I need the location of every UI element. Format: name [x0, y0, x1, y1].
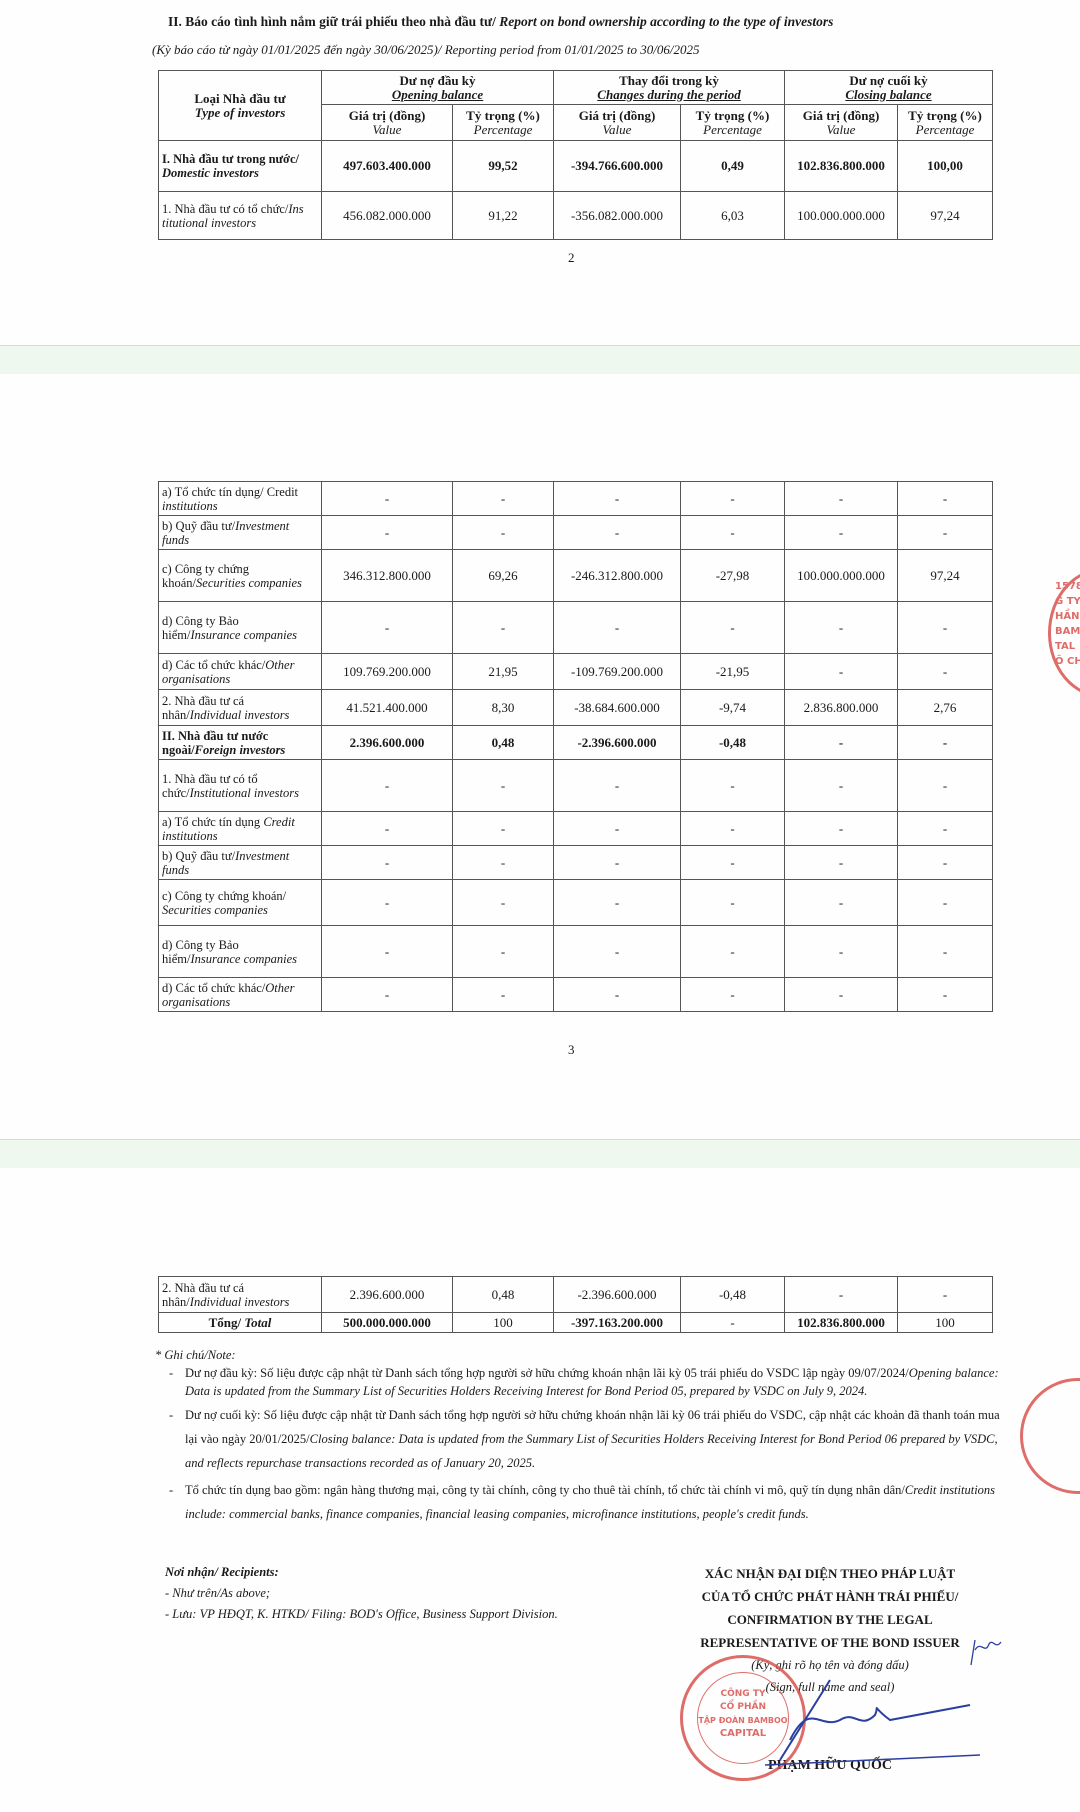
label-en: Insurance companies [190, 952, 297, 966]
header-closing: Dư nợ cuối kỳClosing balance [785, 71, 993, 105]
total-en: Total [244, 1315, 271, 1330]
header-type-en: Type of investors [161, 106, 319, 120]
cell-close-pct: 2,76 [898, 690, 993, 726]
cell-chg-value: - [554, 602, 681, 654]
confirm-line: CỦA TỔ CHỨC PHÁT HÀNH TRÁI PHIẾU/ [660, 1585, 1000, 1608]
total-chg-value: -397.163.200.000 [554, 1313, 681, 1333]
recipient-line: - Lưu: VP HĐQT, K. HTKD/ Filing: BOD's O… [165, 1604, 558, 1625]
cell-close-value: - [785, 978, 898, 1012]
table-row: 1. Nhà đầu tư có tổ chức/Ins titutional … [159, 192, 993, 240]
cell-close-pct: - [898, 812, 993, 846]
cell-chg-value: -394.766.600.000 [554, 141, 681, 192]
header-opening-en: Opening balance [324, 88, 551, 102]
note-item: Dư nợ cuối kỳ: Số liệu được cập nhật từ … [155, 1403, 1015, 1475]
cell-chg-value: - [554, 880, 681, 926]
page-separator [0, 345, 1080, 374]
cell-chg-pct: - [681, 926, 785, 978]
cell-close-value: - [785, 482, 898, 516]
table-row: c) Công ty chứng khoán/Securities compan… [159, 550, 993, 602]
table-row: a) Tổ chức tín dụng/ Credit institutions… [159, 482, 993, 516]
header-pct-vi: Tỷ trọng (%) [683, 109, 782, 123]
cell-chg-value: - [554, 516, 681, 550]
cell-open-value: 2.396.600.000 [322, 1277, 453, 1313]
investor-type-label: 1. Nhà đầu tư có tổ chức/Institutional i… [159, 760, 322, 812]
investor-type-label: 1. Nhà đầu tư có tổ chức/Ins titutional … [159, 192, 322, 240]
table-row: d) Các tổ chức khác/Other organisations1… [159, 654, 993, 690]
cell-open-value: - [322, 846, 453, 880]
cell-open-pct: - [453, 978, 554, 1012]
cell-chg-pct: -0,48 [681, 726, 785, 760]
header-changes-en: Changes during the period [556, 88, 782, 102]
cell-open-value: - [322, 516, 453, 550]
table-row: I. Nhà đầu tư trong nước/ Domestic inves… [159, 141, 993, 192]
header-type-vi: Loại Nhà đầu tư [161, 92, 319, 106]
cell-close-value: - [785, 812, 898, 846]
cell-close-pct: - [898, 516, 993, 550]
header-value: Giá trị (đồng)Value [554, 105, 681, 141]
header-value: Giá trị (đồng)Value [322, 105, 453, 141]
table-row: b) Quỹ đầu tư/Investment funds------ [159, 516, 993, 550]
cell-open-pct: - [453, 812, 554, 846]
cell-close-value: - [785, 926, 898, 978]
label-en: Institutional investors [190, 786, 299, 800]
investor-type-label: d) Công ty Bảo hiểm/Insurance companies [159, 926, 322, 978]
header-opening: Dư nợ đầu kỳOpening balance [322, 71, 554, 105]
bond-ownership-table-page4: 2. Nhà đầu tư cá nhân/Individual investo… [158, 1276, 993, 1333]
page-2: II. Báo cáo tình hình nắm giữ trái phiếu… [0, 0, 1080, 345]
cell-chg-pct: 0,49 [681, 141, 785, 192]
cell-close-value: - [785, 726, 898, 760]
table-row: d) Các tổ chức khác/Other organisations-… [159, 978, 993, 1012]
header-closing-en: Closing balance [787, 88, 990, 102]
cell-close-value: - [785, 760, 898, 812]
seal-fragment: 1578 [1055, 579, 1080, 594]
seal-fragment: G TY [1055, 594, 1080, 609]
page-number: 3 [568, 1042, 575, 1058]
cell-chg-value: - [554, 482, 681, 516]
label-en: institutions [162, 499, 218, 513]
total-label: Tổng/ Total [159, 1313, 322, 1333]
cell-chg-value: -2.396.600.000 [554, 1277, 681, 1313]
table-row: d) Công ty Bảo hiểm/Insurance companies-… [159, 926, 993, 978]
cell-close-pct: - [898, 482, 993, 516]
label-vi: b) Quỹ đầu tư/ [162, 849, 235, 863]
cell-chg-value: -246.312.800.000 [554, 550, 681, 602]
cell-close-value: - [785, 880, 898, 926]
header-value-en: Value [787, 123, 895, 137]
cell-chg-pct: -9,74 [681, 690, 785, 726]
cell-close-value: - [785, 516, 898, 550]
cell-open-pct: 21,95 [453, 654, 554, 690]
investor-type-label: a) Tổ chức tín dụng/ Credit institutions [159, 482, 322, 516]
label-vi: b) Quỹ đầu tư/ [162, 519, 235, 533]
label-en: Domestic investors [162, 166, 259, 180]
investor-type-label: d) Công ty Bảo hiểm/Insurance companies [159, 602, 322, 654]
investor-type-label: b) Quỹ đầu tư/Investment funds [159, 846, 322, 880]
investor-type-label: a) Tổ chức tín dụng Credit institutions [159, 812, 322, 846]
cell-open-pct: - [453, 482, 554, 516]
cell-chg-pct: -27,98 [681, 550, 785, 602]
cell-chg-pct: -21,95 [681, 654, 785, 690]
cell-close-value: 102.836.800.000 [785, 141, 898, 192]
title-en: Report on bond ownership according to th… [499, 14, 833, 29]
cell-chg-value: - [554, 760, 681, 812]
cell-chg-value: - [554, 926, 681, 978]
label-en: Insurance companies [190, 628, 297, 642]
header-pct-en: Percentage [683, 123, 782, 137]
cell-open-value: 497.603.400.000 [322, 141, 453, 192]
header-changes: Thay đổi trong kỳChanges during the peri… [554, 71, 785, 105]
report-title: II. Báo cáo tình hình nắm giữ trái phiếu… [168, 14, 833, 30]
cell-close-value: 2.836.800.000 [785, 690, 898, 726]
cell-close-pct: - [898, 1277, 993, 1313]
cell-chg-value: -109.769.200.000 [554, 654, 681, 690]
cell-chg-pct: - [681, 516, 785, 550]
total-open-pct: 100 [453, 1313, 554, 1333]
cell-chg-value: - [554, 812, 681, 846]
cell-close-pct: - [898, 602, 993, 654]
recipients-heading: Nơi nhận/ Recipients: [165, 1562, 558, 1583]
cell-open-pct: - [453, 846, 554, 880]
investor-type-label: d) Các tổ chức khác/Other organisations [159, 978, 322, 1012]
cell-chg-pct: - [681, 760, 785, 812]
total-chg-pct: - [681, 1313, 785, 1333]
cell-chg-pct: 6,03 [681, 192, 785, 240]
cell-close-value: - [785, 846, 898, 880]
label-vi: 1. Nhà đầu tư có tổ chức/ [162, 202, 288, 216]
cell-close-pct: - [898, 726, 993, 760]
cell-open-pct: - [453, 880, 554, 926]
cell-chg-pct: - [681, 978, 785, 1012]
label-vi: a) Tổ chức tín dụng [162, 815, 263, 829]
cell-chg-value: -38.684.600.000 [554, 690, 681, 726]
cell-close-pct: 100,00 [898, 141, 993, 192]
label-vi: a) Tổ chức tín dụng/ Credit [162, 485, 298, 499]
cell-chg-pct: -0,48 [681, 1277, 785, 1313]
cell-open-pct: - [453, 516, 554, 550]
cell-chg-pct: - [681, 812, 785, 846]
note-vi: Tổ chức tín dụng bao gồm: ngân hàng thươ… [185, 1483, 905, 1497]
label-en: Securities companies [196, 576, 302, 590]
notes-heading: * Ghi chú/Note: [155, 1346, 1015, 1364]
header-percentage: Tỷ trọng (%)Percentage [681, 105, 785, 141]
cell-close-pct: - [898, 846, 993, 880]
cell-close-pct: - [898, 880, 993, 926]
page-3: a) Tổ chức tín dụng/ Credit institutions… [0, 374, 1080, 1138]
investor-type-label: c) Công ty chứng khoán/ Securities compa… [159, 880, 322, 926]
seal-fragment: HẦN [1055, 609, 1080, 624]
header-type: Loại Nhà đầu tư Type of investors [159, 71, 322, 141]
cell-open-pct: 91,22 [453, 192, 554, 240]
cell-chg-pct: - [681, 880, 785, 926]
table-row: II. Nhà đầu tư nước ngoài/Foreign invest… [159, 726, 993, 760]
table-row: 1. Nhà đầu tư có tổ chức/Institutional i… [159, 760, 993, 812]
cell-chg-pct: - [681, 846, 785, 880]
cell-open-value: - [322, 760, 453, 812]
bond-ownership-table-page2: Loại Nhà đầu tư Type of investors Dư nợ … [158, 70, 993, 240]
header-closing-vi: Dư nợ cuối kỳ [787, 74, 990, 88]
recipient-line: - Như trên/As above; [165, 1583, 558, 1604]
note-item: Tổ chức tín dụng bao gồm: ngân hàng thươ… [155, 1478, 1015, 1526]
cell-chg-pct: - [681, 602, 785, 654]
bond-ownership-table-page3: a) Tổ chức tín dụng/ Credit institutions… [158, 481, 993, 1012]
cell-chg-value: - [554, 978, 681, 1012]
cell-close-value: 100.000.000.000 [785, 192, 898, 240]
note-vi: Dư nợ đầu kỳ: Số liệu được cập nhật từ D… [185, 1366, 909, 1380]
notes-section: * Ghi chú/Note: Dư nợ đầu kỳ: Số liệu đư… [155, 1346, 1015, 1529]
total-vi: Tổng/ [209, 1315, 245, 1330]
cell-chg-value: -356.082.000.000 [554, 192, 681, 240]
cell-open-pct: 99,52 [453, 141, 554, 192]
cell-close-pct: - [898, 654, 993, 690]
label-en: Individual investors [190, 1295, 290, 1309]
confirm-line: XÁC NHẬN ĐẠI DIỆN THEO PHÁP LUẬT [660, 1562, 1000, 1585]
table-row: c) Công ty chứng khoán/ Securities compa… [159, 880, 993, 926]
cell-open-value: - [322, 812, 453, 846]
seal-fragment: BAM [1055, 624, 1080, 639]
total-open-value: 500.000.000.000 [322, 1313, 453, 1333]
header-value-en: Value [324, 123, 450, 137]
cell-close-value: - [785, 1277, 898, 1313]
total-close-pct: 100 [898, 1313, 993, 1333]
cell-close-value: - [785, 602, 898, 654]
reporting-period: (Kỳ báo cáo từ ngày 01/01/2025 đến ngày … [152, 42, 700, 58]
cell-open-value: - [322, 602, 453, 654]
confirm-line: REPRESENTATIVE OF THE BOND ISSUER [660, 1631, 1000, 1654]
header-pct-en: Percentage [900, 123, 990, 137]
total-close-value: 102.836.800.000 [785, 1313, 898, 1333]
cell-open-value: - [322, 482, 453, 516]
cell-chg-value: -2.396.600.000 [554, 726, 681, 760]
table-row: b) Quỹ đầu tư/Investment funds------ [159, 846, 993, 880]
investor-type-label: 2. Nhà đầu tư cá nhân/Individual investo… [159, 690, 322, 726]
cell-close-value: 100.000.000.000 [785, 550, 898, 602]
cell-open-pct: - [453, 602, 554, 654]
table-row: 2. Nhà đầu tư cá nhân/Individual investo… [159, 1277, 993, 1313]
header-changes-vi: Thay đổi trong kỳ [556, 74, 782, 88]
cell-chg-pct: - [681, 482, 785, 516]
initials-icon [963, 1630, 1003, 1670]
header-value: Giá trị (đồng)Value [785, 105, 898, 141]
total-row: Tổng/ Total500.000.000.000100-397.163.20… [159, 1313, 993, 1333]
header-value-vi: Giá trị (đồng) [787, 109, 895, 123]
cell-open-pct: - [453, 926, 554, 978]
page-number: 2 [568, 250, 575, 266]
investor-type-label: I. Nhà đầu tư trong nước/ Domestic inves… [159, 141, 322, 192]
cell-open-value: 2.396.600.000 [322, 726, 453, 760]
cell-open-value: 41.521.400.000 [322, 690, 453, 726]
investor-type-label: d) Các tổ chức khác/Other organisations [159, 654, 322, 690]
investor-type-label: 2. Nhà đầu tư cá nhân/Individual investo… [159, 1277, 322, 1313]
header-value-vi: Giá trị (đồng) [556, 109, 678, 123]
seal-fragment: Ô CH [1055, 654, 1080, 669]
cell-open-value: - [322, 978, 453, 1012]
label-vi: I. Nhà đầu tư trong nước/ [162, 152, 299, 166]
cell-open-pct: 0,48 [453, 1277, 554, 1313]
table-row: a) Tổ chức tín dụng Credit institutions-… [159, 812, 993, 846]
cell-close-value: - [785, 654, 898, 690]
cell-open-pct: - [453, 760, 554, 812]
header-value-en: Value [556, 123, 678, 137]
label-en: Foreign investors [195, 743, 286, 757]
cell-open-pct: 0,48 [453, 726, 554, 760]
cell-close-pct: 97,24 [898, 550, 993, 602]
header-opening-vi: Dư nợ đầu kỳ [324, 74, 551, 88]
cell-chg-value: - [554, 846, 681, 880]
table-row: 2. Nhà đầu tư cá nhân/Individual investo… [159, 690, 993, 726]
label-vi: d) Các tổ chức khác/ [162, 981, 265, 995]
cell-open-value: 346.312.800.000 [322, 550, 453, 602]
header-percentage: Tỷ trọng (%)Percentage [453, 105, 554, 141]
label-vi: d) Các tổ chức khác/ [162, 658, 265, 672]
confirm-line: CONFIRMATION BY THE LEGAL [660, 1608, 1000, 1631]
label-en: Securities companies [162, 903, 268, 917]
header-pct-vi: Tỷ trọng (%) [455, 109, 551, 123]
label-vi: c) Công ty chứng khoán/ [162, 889, 286, 903]
cell-open-pct: 8,30 [453, 690, 554, 726]
cell-close-pct: 97,24 [898, 192, 993, 240]
recipients: Nơi nhận/ Recipients: - Như trên/As abov… [165, 1562, 558, 1625]
page-separator [0, 1139, 1080, 1168]
cell-close-pct: - [898, 760, 993, 812]
cell-open-value: - [322, 880, 453, 926]
cell-open-value: - [322, 926, 453, 978]
investor-type-label: II. Nhà đầu tư nước ngoài/Foreign invest… [159, 726, 322, 760]
cell-close-pct: - [898, 926, 993, 978]
cell-open-value: 109.769.200.000 [322, 654, 453, 690]
investor-type-label: c) Công ty chứng khoán/Securities compan… [159, 550, 322, 602]
label-en: Individual investors [190, 708, 290, 722]
investor-type-label: b) Quỹ đầu tư/Investment funds [159, 516, 322, 550]
cell-open-pct: 69,26 [453, 550, 554, 602]
header-value-vi: Giá trị (đồng) [324, 109, 450, 123]
cell-close-pct: - [898, 978, 993, 1012]
title-vi: II. Báo cáo tình hình nắm giữ trái phiếu… [168, 14, 499, 29]
header-pct-vi: Tỷ trọng (%) [900, 109, 990, 123]
header-percentage: Tỷ trọng (%)Percentage [898, 105, 993, 141]
header-pct-en: Percentage [455, 123, 551, 137]
note-item: Dư nợ đầu kỳ: Số liệu được cập nhật từ D… [155, 1364, 1015, 1400]
signature-icon [760, 1660, 1000, 1770]
cell-open-value: 456.082.000.000 [322, 192, 453, 240]
table-row: d) Công ty Bảo hiểm/Insurance companies-… [159, 602, 993, 654]
seal-fragment: TAL [1055, 639, 1080, 654]
